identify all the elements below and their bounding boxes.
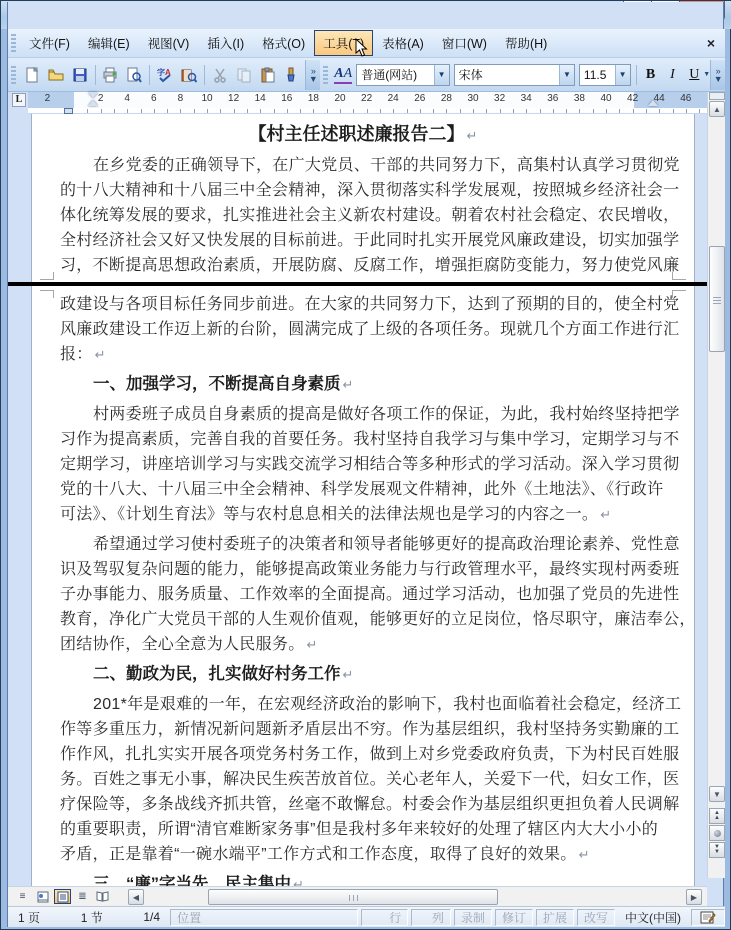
first-line-indent-marker[interactable] <box>88 92 98 98</box>
paragraph-mark: ↵ <box>600 507 611 522</box>
chevron-down-icon[interactable]: ▼ <box>434 65 449 85</box>
page-of-total: 1/4 <box>143 910 160 924</box>
text-line: 村两委班子成员自身素质的提高是做好各项工作的保证，为此，我村始终坚持把学 <box>60 402 666 427</box>
ruler-tick <box>87 109 88 113</box>
text-line: 风廉政建设工作迈上新的台阶，圆满完成了上级的各项任务。现就几个方面工作进行汇 <box>60 317 666 342</box>
style-combobox[interactable]: 普通(网站)▼ <box>356 64 449 86</box>
text-line: 务。百姓之事无小事，解决民生疾苦放首位。关心老年人，关爱下一代，妇女工作，医 <box>60 767 666 792</box>
format-painter-icon[interactable] <box>280 63 304 87</box>
ruler-tick <box>220 109 221 113</box>
outline-view-button[interactable]: ≣ <box>74 889 91 904</box>
print-preview-icon[interactable] <box>122 63 146 87</box>
print-layout-view-button[interactable] <box>54 889 71 904</box>
page-boundary <box>32 278 694 290</box>
previous-page-icon[interactable]: ▲▲ <box>709 808 725 824</box>
ruler-number: 28 <box>441 93 452 104</box>
underline-options-icon[interactable]: ▼ <box>703 71 710 78</box>
menu-item[interactable]: 窗口(W) <box>433 30 496 56</box>
ruler-number: 6 <box>151 93 157 104</box>
paragraph-mark: ↵ <box>343 377 354 392</box>
ruler-tick <box>540 109 541 113</box>
text-line: 的重要职责，所谓“清官难断家务事”但是我村多年来较好的处理了辖区内大大小小的 <box>60 817 666 842</box>
tab-selector[interactable]: L <box>12 93 26 107</box>
ruler-tick <box>686 109 687 113</box>
ruler-tick <box>619 109 620 113</box>
ruler-tick <box>407 109 408 113</box>
ruler-tick <box>287 109 288 113</box>
horizontal-ruler: L 22468101214161820222426283032343638404… <box>8 92 707 114</box>
ruler-tick <box>353 109 354 113</box>
paragraph-mark: ↵ <box>343 667 354 682</box>
ruler-number: 26 <box>414 93 425 104</box>
paragraph: 在乡党委的正确领导下，在广大党员、干部的共同努力下，高集村认真学习贯彻党的十八大… <box>60 153 666 278</box>
ruler-tick <box>526 109 527 113</box>
language-indicator[interactable]: 中文(中国) <box>618 909 688 926</box>
text-line: 政建设与各项目标任务同步前进。在大家的共同努力下，达到了预期的目的，使全村党 <box>60 292 666 317</box>
ruler-tick <box>553 109 554 113</box>
ruler-tick <box>380 109 381 113</box>
italic-button[interactable]: I <box>662 64 684 86</box>
styles-pane-icon[interactable]: AA <box>332 63 354 87</box>
text-line: 201*年是艰难的一年，在宏观经济政治的影响下，我村也面临着社会稳定，经济工 <box>60 692 666 717</box>
document-page[interactable]: 【村主任述职述廉报告二】↵在乡党委的正确领导下，在广大党员、干部的共同努力下，高… <box>31 114 695 886</box>
ruler-tick <box>513 109 514 113</box>
section-heading: 二、勤政为民，扎实做好村务工作↵ <box>60 662 666 687</box>
text-line: 习，不断提高思想政治素质，开展防腐、反腐工作，增强拒腐防变能力，努力使党风廉 <box>60 253 666 278</box>
ruler-tick <box>659 109 660 113</box>
ruler-tick <box>367 109 368 113</box>
ruler-tick <box>234 109 235 113</box>
right-indent-marker[interactable] <box>648 100 658 106</box>
ruler-tick <box>141 109 142 113</box>
ruler-number: 20 <box>334 93 345 104</box>
open-icon[interactable] <box>44 63 68 87</box>
ruler-number: 4 <box>124 93 130 104</box>
scroll-down-icon[interactable]: ▼ <box>709 786 725 802</box>
ruler-number: 46 <box>680 93 691 104</box>
ruler-tick <box>446 109 447 113</box>
text-line: 习作为提高素质，完善自我的首要任务。我村坚持自我学习与集中学习，定期学习与不 <box>60 427 666 452</box>
section-heading: 三、“廉”字当先，民主集中↵ <box>60 872 666 886</box>
text-line: 团结协作，全心全意为人民服务。↵ <box>60 632 666 657</box>
scroll-left-icon[interactable]: ◀ <box>128 889 144 905</box>
spelling-icon[interactable]: 字A <box>153 63 177 87</box>
overtype-toggle[interactable]: 改写 <box>577 909 615 926</box>
ruler-tick <box>646 109 647 113</box>
ruler-number: 16 <box>281 93 292 104</box>
standard-toolbar-grip[interactable] <box>11 66 16 84</box>
ruler-tick <box>340 109 341 113</box>
chevron-down-icon[interactable]: ▼ <box>615 65 630 85</box>
ruler-tick <box>606 109 607 113</box>
status-bar: 1 页 1 节 1/4 位置 行 列 录制 修订 扩展 改写 中文(中国) <box>8 906 725 927</box>
ruler-tick <box>274 109 275 113</box>
document-title: 【村主任述职述廉报告二】↵ <box>60 122 666 148</box>
paragraph: 201*年是艰难的一年，在宏观经济政治的影响下，我村也面临着社会稳定，经济工作等… <box>60 692 666 867</box>
ruler-tick <box>500 109 501 113</box>
text-line: 识及驾驭复杂问题的能力，能够提高政策业务能力与行政管理水平，最终实现村两委班 <box>60 557 666 582</box>
document-close-icon[interactable]: × <box>707 35 715 51</box>
ruler-number: 32 <box>494 93 505 104</box>
text-line: 可法》、《计划生育法》等与农村息息相关的法律法规也是学习的内容之一。↵ <box>60 502 666 527</box>
paragraph-mark: ↵ <box>579 847 590 862</box>
text-line: 党的十八大、十八届三中全会精神、科学发展观文件精神，此外《土地法》、《行政许 <box>60 477 666 502</box>
toolbar-options-icon[interactable]: »▼ <box>710 60 725 90</box>
ruler-tick <box>420 109 421 113</box>
hanging-indent-marker[interactable] <box>88 100 98 106</box>
bold-button[interactable]: B <box>640 64 662 86</box>
horizontal-scroll-thumb[interactable] <box>208 889 498 905</box>
ruler-tick <box>566 109 567 113</box>
ruler-tick <box>154 109 155 113</box>
text-line: 全村经济社会又好又快发展的目标前进。于此同时扎实开展党风廉政建设，切实加强学 <box>60 228 666 253</box>
menu-item[interactable]: 视图(V) <box>139 30 199 56</box>
text-line: 疗保险等，多条战线齐抓共管，丝毫不敢懈怠。村委会作为基层组织更担负着人民调解 <box>60 792 666 817</box>
ruler-number: 42 <box>627 93 638 104</box>
next-page-icon[interactable]: ▼▼ <box>709 842 725 858</box>
ruler-tick <box>633 109 634 113</box>
text-line: 作等多重压力，新情况新问题新矛盾层出不穷。作为基层组织，我村坚持务实勤廉的工 <box>60 717 666 742</box>
paragraph-mark: ↵ <box>467 128 478 143</box>
ruler-number: 2 <box>98 93 104 104</box>
text-line: 在乡党委的正确领导下，在广大党员、干部的共同努力下，高集村认真学习贯彻党 <box>60 153 666 178</box>
text-line: 体化统筹发展的要求，扎实推进社会主义新农村建设。朝着农村社会稳定、农民增收， <box>60 203 666 228</box>
ruler-number: 10 <box>201 93 212 104</box>
ruler-tick <box>673 109 674 113</box>
column-indicator: 列 <box>432 909 444 926</box>
paragraph: 政建设与各项目标任务同步前进。在大家的共同努力下，达到了预期的目的，使全村党风廉… <box>60 292 666 367</box>
copy-icon[interactable] <box>232 63 256 87</box>
font-size-combobox[interactable]: 11.5▼ <box>579 64 631 86</box>
ruler-number: 2 <box>45 93 51 104</box>
ruler-number: 14 <box>255 93 266 104</box>
select-browse-object-icon[interactable] <box>709 825 725 841</box>
menu-item[interactable]: 编辑(E) <box>79 30 139 56</box>
ruler-tick <box>433 109 434 113</box>
ruler-tick <box>579 109 580 113</box>
ruler-tick <box>460 109 461 113</box>
ruler-tick <box>180 109 181 113</box>
ruler-tick <box>473 109 474 113</box>
paragraph-mark: ↵ <box>307 637 318 652</box>
mouse-cursor <box>355 38 369 58</box>
ruler-number: 22 <box>361 93 372 104</box>
paragraph-mark: ↵ <box>95 347 106 362</box>
ruler-number: 8 <box>178 93 184 104</box>
ruler-number: 34 <box>521 93 532 104</box>
ruler-tick <box>593 109 594 113</box>
word-window: W 村主任述职述廉报告.doc - Microsoft Word × 文件(F)… <box>0 0 731 930</box>
ruler-tick <box>300 109 301 113</box>
ruler-tick <box>207 109 208 113</box>
ruler-tick <box>327 109 328 113</box>
scroll-up-icon[interactable]: ▲ <box>709 101 725 117</box>
toolbar-options-icon[interactable]: »▼ <box>305 60 320 90</box>
save-icon[interactable] <box>68 63 92 87</box>
ruler-number: 30 <box>467 93 478 104</box>
extend-selection-toggle[interactable]: 扩展 <box>536 909 574 926</box>
normal-view-button[interactable]: ≡ <box>14 889 31 904</box>
document-area[interactable]: 【村主任述职述廉报告二】↵在乡党委的正确领导下，在广大党员、干部的共同努力下，高… <box>8 114 707 886</box>
split-handle[interactable] <box>709 92 725 100</box>
text-line: 矛盾，正是靠着“一碗水端平”工作方式和工作态度，取得了良好的效果。↵ <box>60 842 666 867</box>
ruler-tick <box>167 109 168 113</box>
ruler-tick <box>393 109 394 113</box>
ruler-number: 40 <box>600 93 611 104</box>
vertical-scrollbar[interactable]: ▲ ▼ ▲▲ ▼▼ <box>707 92 725 878</box>
text-line: 定期学习，讲座培训学习与实践交流学习相结合等多种形式的学习活动。深入学习贯彻 <box>60 452 666 477</box>
ruler-tick <box>101 109 102 113</box>
paragraph: 希望通过学习使村委班子的决策者和领导者能够更好的提高政治理论素养、党性意识及驾驭… <box>60 532 666 657</box>
section-heading: 一、加强学习，不断提高自身素质↵ <box>60 372 666 397</box>
ruler-tick <box>260 109 261 113</box>
menu-item[interactable]: 插入(I) <box>198 30 253 56</box>
ruler-tick <box>247 109 248 113</box>
ruler-number: 38 <box>574 93 585 104</box>
scroll-right-icon[interactable]: ▶ <box>686 889 702 905</box>
section-number: 1 节 <box>81 909 103 926</box>
font-combobox[interactable]: 宋体▼ <box>454 64 575 86</box>
ruler-number: 18 <box>308 93 319 104</box>
ruler-number: 12 <box>228 93 239 104</box>
text-line: 的十八大精神和十八届三中全会精神，深入贯彻落实科学发展观，按照城乡经济社会一 <box>60 178 666 203</box>
line-indicator: 行 <box>389 909 401 926</box>
print-icon[interactable] <box>99 63 123 87</box>
ruler-tick <box>699 109 700 113</box>
formatting-toolbar-grip[interactable] <box>323 66 328 84</box>
ruler-tick <box>313 109 314 113</box>
text-line: 报：↵ <box>60 342 666 367</box>
reading-layout-view-button[interactable] <box>94 889 111 904</box>
record-macro-toggle[interactable]: 录制 <box>454 909 492 926</box>
ruler-number: 36 <box>547 93 558 104</box>
menu-grip[interactable] <box>11 34 16 52</box>
ruler-tick <box>127 109 128 113</box>
research-icon[interactable] <box>177 63 201 87</box>
svg-text:字: 字 <box>157 67 165 77</box>
position-label: 位置 <box>177 909 201 926</box>
paste-icon[interactable] <box>256 63 280 87</box>
paragraph-mark: ↵ <box>293 877 304 886</box>
ruler-tick <box>486 109 487 113</box>
menu-item[interactable]: 表格(A) <box>373 30 433 56</box>
text-line: 教育，净化广大党员干部的人生观价值观，能够更好的立足岗位，恪尽职守，廉洁奉公， <box>60 607 666 632</box>
ruler-number: 24 <box>388 93 399 104</box>
paragraph: 村两委班子成员自身素质的提高是做好各项工作的保证，为此，我村始终坚持把学习作为提… <box>60 402 666 527</box>
toolbar: 字A »▼ AA 普通(网站)▼ <box>8 58 725 92</box>
text-line: 子办事能力、服务质量、工作效率的全面提高。通过学习活动，也加强了党员的先进性 <box>60 582 666 607</box>
menu-item[interactable]: 格式(O) <box>253 30 314 56</box>
page-number: 1 页 <box>18 909 40 926</box>
menu-item[interactable]: 帮助(H) <box>496 30 556 56</box>
new-document-icon[interactable] <box>20 63 44 87</box>
ruler-tick <box>194 109 195 113</box>
text-line: 希望通过学习使村委班子的决策者和领导者能够更好的提高政治理论素养、党性意 <box>60 532 666 557</box>
cut-icon[interactable] <box>208 63 232 87</box>
spelling-status-icon[interactable] <box>691 909 725 926</box>
underline-button[interactable]: U <box>683 64 705 86</box>
text-line: 作作风，扎扎实实开展各项党务村务工作，做到上对乡党委政府负责，下为村民百姓服 <box>60 742 666 767</box>
ruler-tick <box>114 109 115 113</box>
chevron-down-icon[interactable]: ▼ <box>559 65 574 85</box>
menu-item[interactable]: 文件(F) <box>20 30 79 56</box>
horizontal-scrollbar[interactable]: ≡ ≣ ◀ ▶ <box>8 886 707 906</box>
vertical-scroll-thumb[interactable] <box>709 246 725 352</box>
web-layout-view-button[interactable] <box>34 889 51 904</box>
track-changes-toggle[interactable]: 修订 <box>495 909 533 926</box>
